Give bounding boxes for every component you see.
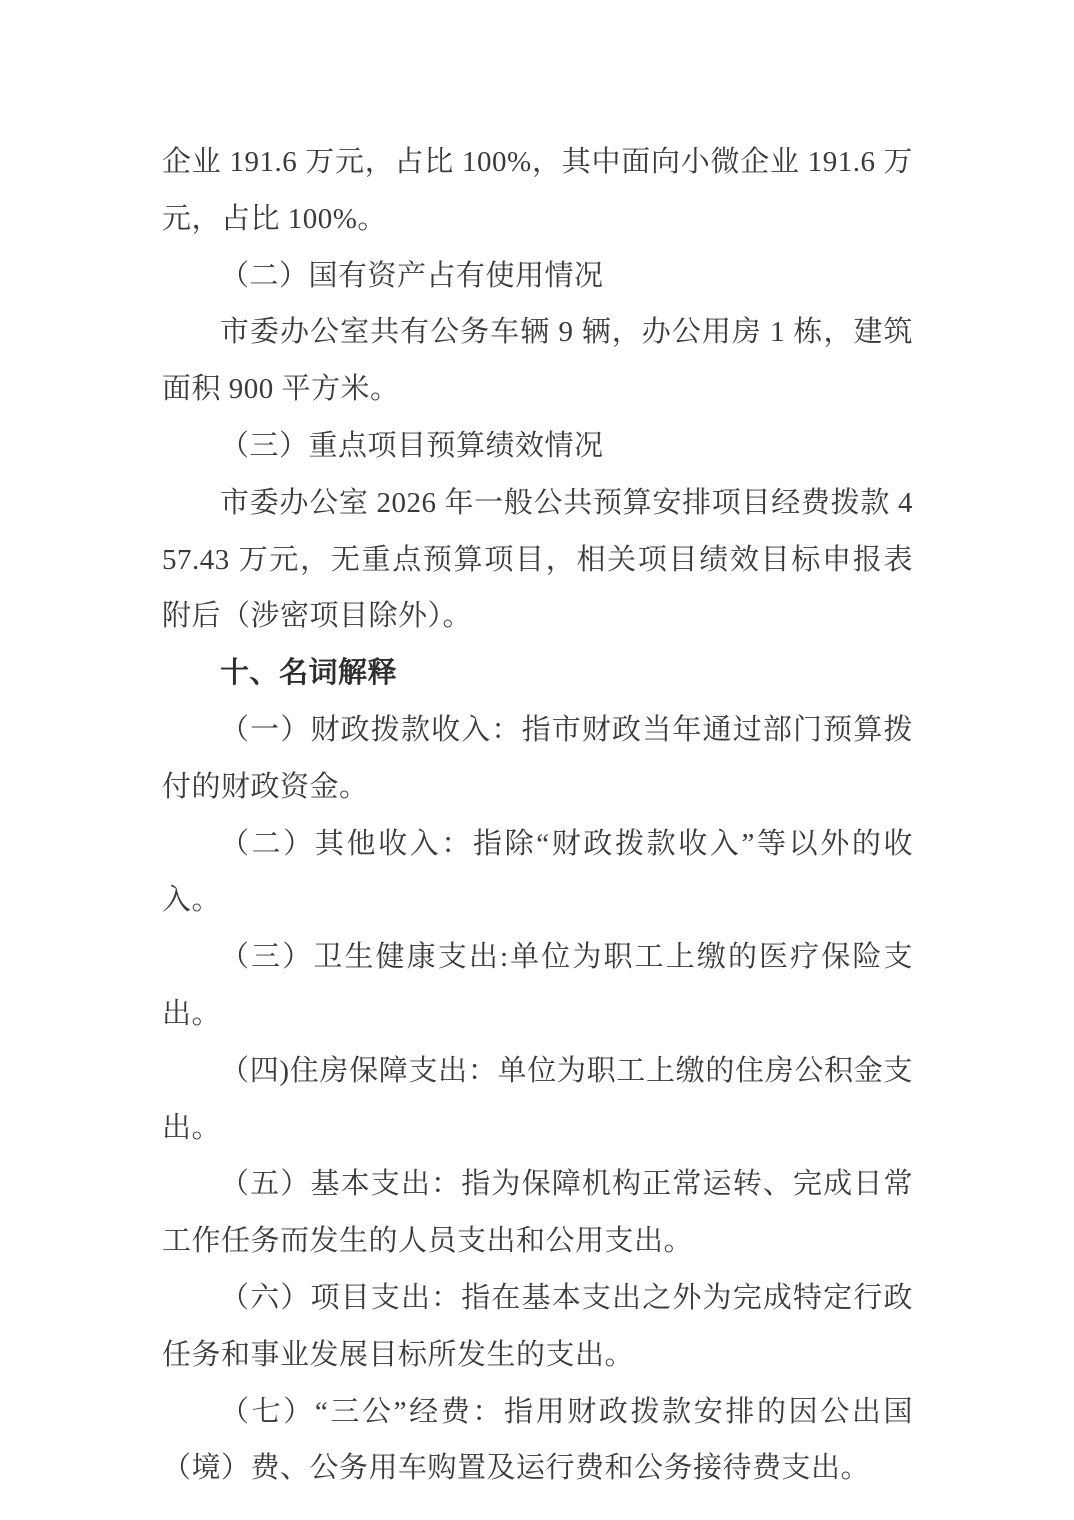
paragraph-term-health-expenditure: （三）卫生健康支出:单位为职工上缴的医疗保险支出。 <box>162 929 913 1043</box>
paragraph-term-basic-expenditure: （五）基本支出：指为保障机构正常运转、完成日常工作任务而发生的人员支出和公用支出… <box>162 1156 913 1270</box>
paragraph-term-other-income: （二）其他收入：指除“财政拨款收入”等以外的收入。 <box>162 816 913 930</box>
paragraph-term-project-expenditure: （六）项目支出：指在基本支出之外为完成特定行政任务和事业发展目标所发生的支出。 <box>162 1270 913 1384</box>
document-text-block: 企业 191.6 万元，占比 100%，其中面向小微企业 191.6 万元，占比… <box>0 0 1074 1520</box>
paragraph-continuation: 企业 191.6 万元，占比 100%，其中面向小微企业 191.6 万元，占比… <box>162 134 913 248</box>
paragraph-term-three-public-funds: （七）“三公”经费：指用财政拨款安排的因公出国（境）费、公务用车购置及运行费和公… <box>162 1384 913 1498</box>
paragraph-term-housing-expenditure: （四)住房保障支出：单位为职工上缴的住房公积金支出。 <box>162 1043 913 1157</box>
subheading-key-project-performance: （三）重点项目预算绩效情况 <box>162 418 913 475</box>
section-heading-glossary: 十、名词解释 <box>162 645 913 702</box>
subheading-state-assets: （二）国有资产占有使用情况 <box>162 248 913 305</box>
paragraph-project-funds: 市委办公室 2026 年一般公共预算安排项目经费拨款 457.43 万元，无重点… <box>162 475 913 645</box>
paragraph-term-fiscal-appropriation-income: （一）财政拨款收入：指市财政当年通过部门预算拨付的财政资金。 <box>162 702 913 816</box>
paragraph-vehicles-buildings: 市委办公室共有公务车辆 9 辆，办公用房 1 栋，建筑面积 900 平方米。 <box>162 304 913 418</box>
document-page: 企业 191.6 万元，占比 100%，其中面向小微企业 191.6 万元，占比… <box>0 0 1074 1520</box>
